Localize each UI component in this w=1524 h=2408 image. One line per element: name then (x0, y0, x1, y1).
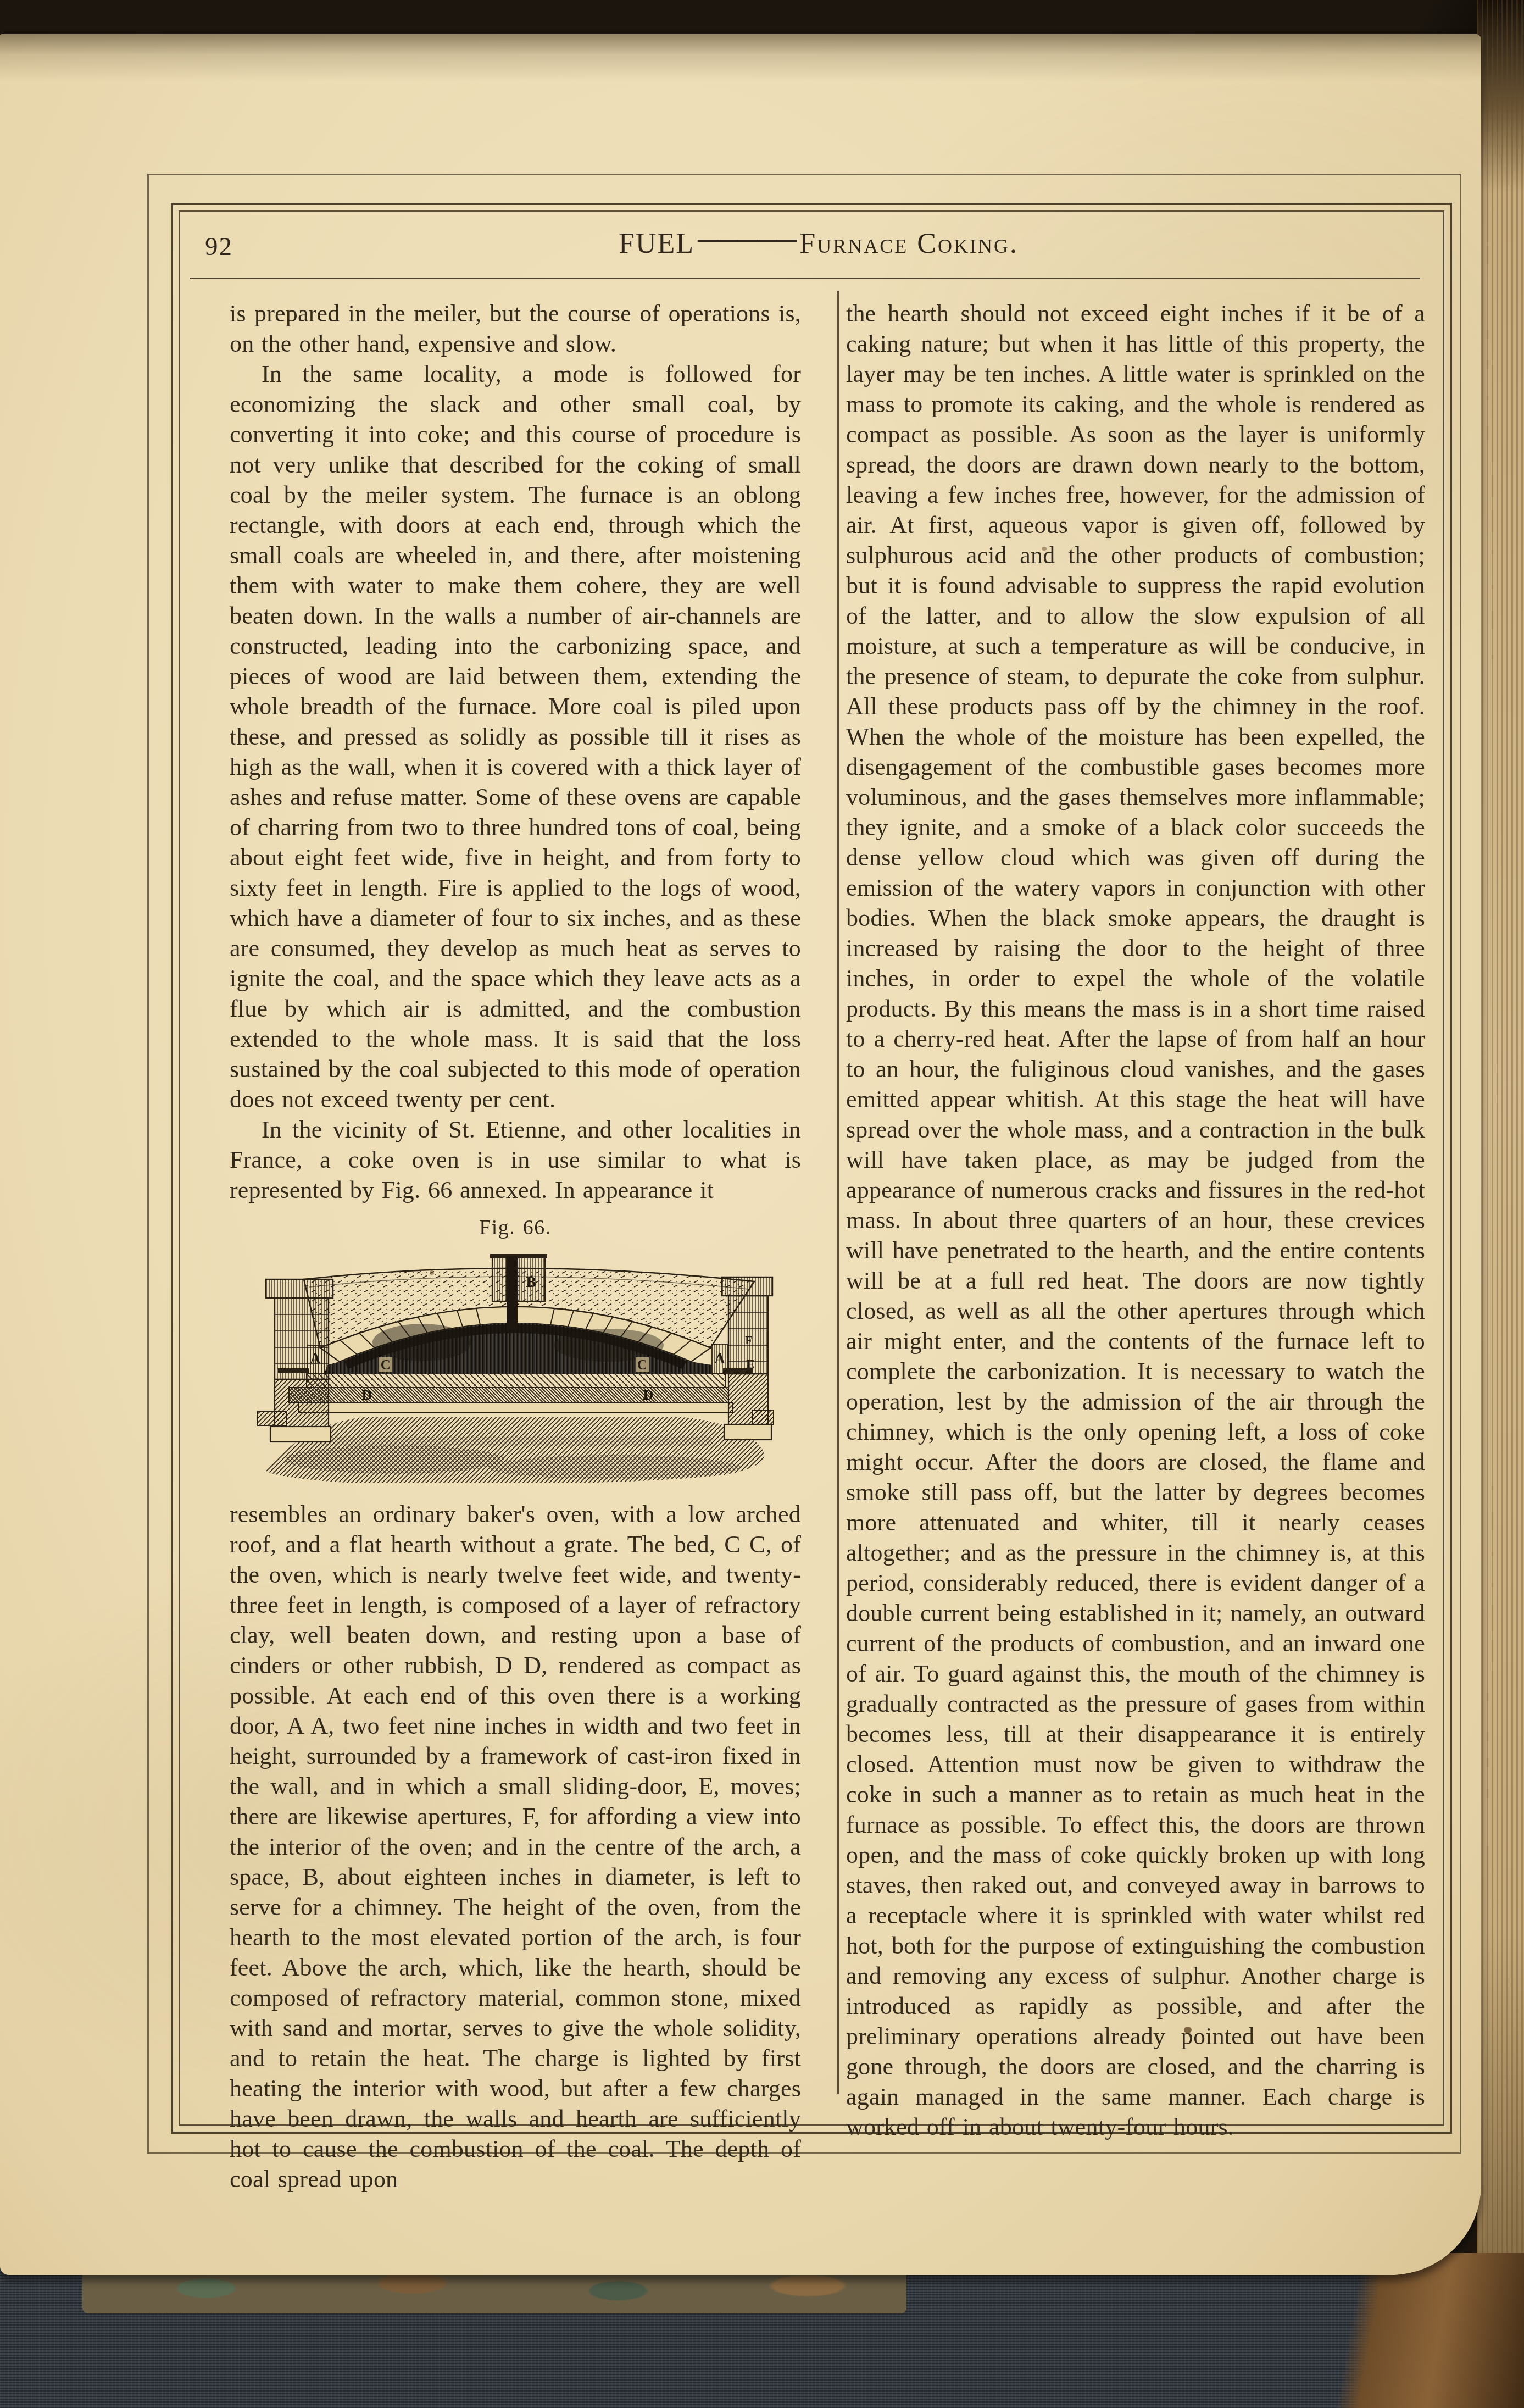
figure-label-f: F (745, 1333, 753, 1347)
figure-label-a-right: A (714, 1350, 725, 1367)
figure-caption: Fig. 66. (230, 1213, 801, 1243)
running-title-fuel: FUEL (619, 228, 694, 259)
page-edges-left (0, 34, 42, 2275)
paragraph: the hearth should not exceed eight inche… (846, 298, 1425, 2142)
paragraph: is prepared in the meiler, but the cours… (230, 298, 801, 359)
figure-label-c-left: C (381, 1358, 391, 1373)
right-column: the hearth should not exceed eight inche… (846, 298, 1425, 2142)
column-divider-rule (837, 291, 839, 2094)
coke-oven-engraving: A A B C C D D F E (257, 1252, 774, 1483)
leather-corner (1266, 2253, 1524, 2408)
left-column: is prepared in the meiler, but the cours… (230, 298, 801, 2194)
figure-label-c-right: C (637, 1358, 647, 1373)
header-rule (190, 278, 1420, 279)
figure-label-a-left: A (310, 1350, 321, 1367)
figure-label-e: E (746, 1357, 755, 1372)
figure-label-d-right: D (643, 1387, 654, 1403)
running-title-furnace-coking: Furnace Coking. (799, 228, 1019, 259)
paragraph: In the vicinity of St. Etienne, and othe… (230, 1114, 801, 1205)
page-number: 92 (205, 232, 233, 262)
foxing-spot (1184, 2027, 1192, 2033)
running-title: FUEL─────Furnace Coking. (190, 228, 1448, 260)
running-head: 92 FUEL─────Furnace Coking. (190, 228, 1448, 266)
figure-label-d-left: D (362, 1387, 372, 1403)
paragraph: resembles an ordinary baker's oven, with… (230, 1499, 801, 2194)
paragraph: In the same locality, a mode is followed… (230, 359, 801, 1114)
figure-66: Fig. 66. (230, 1213, 801, 1483)
running-title-dash: ───── (698, 225, 796, 256)
fore-edge-pages-right (1477, 0, 1524, 2408)
figure-label-b: B (526, 1274, 537, 1291)
foxing-spot (430, 1270, 434, 1275)
foxing-spot (1042, 547, 1047, 551)
scanned-book-page-photo: 92 FUEL─────Furnace Coking. is prepared … (0, 0, 1524, 2408)
